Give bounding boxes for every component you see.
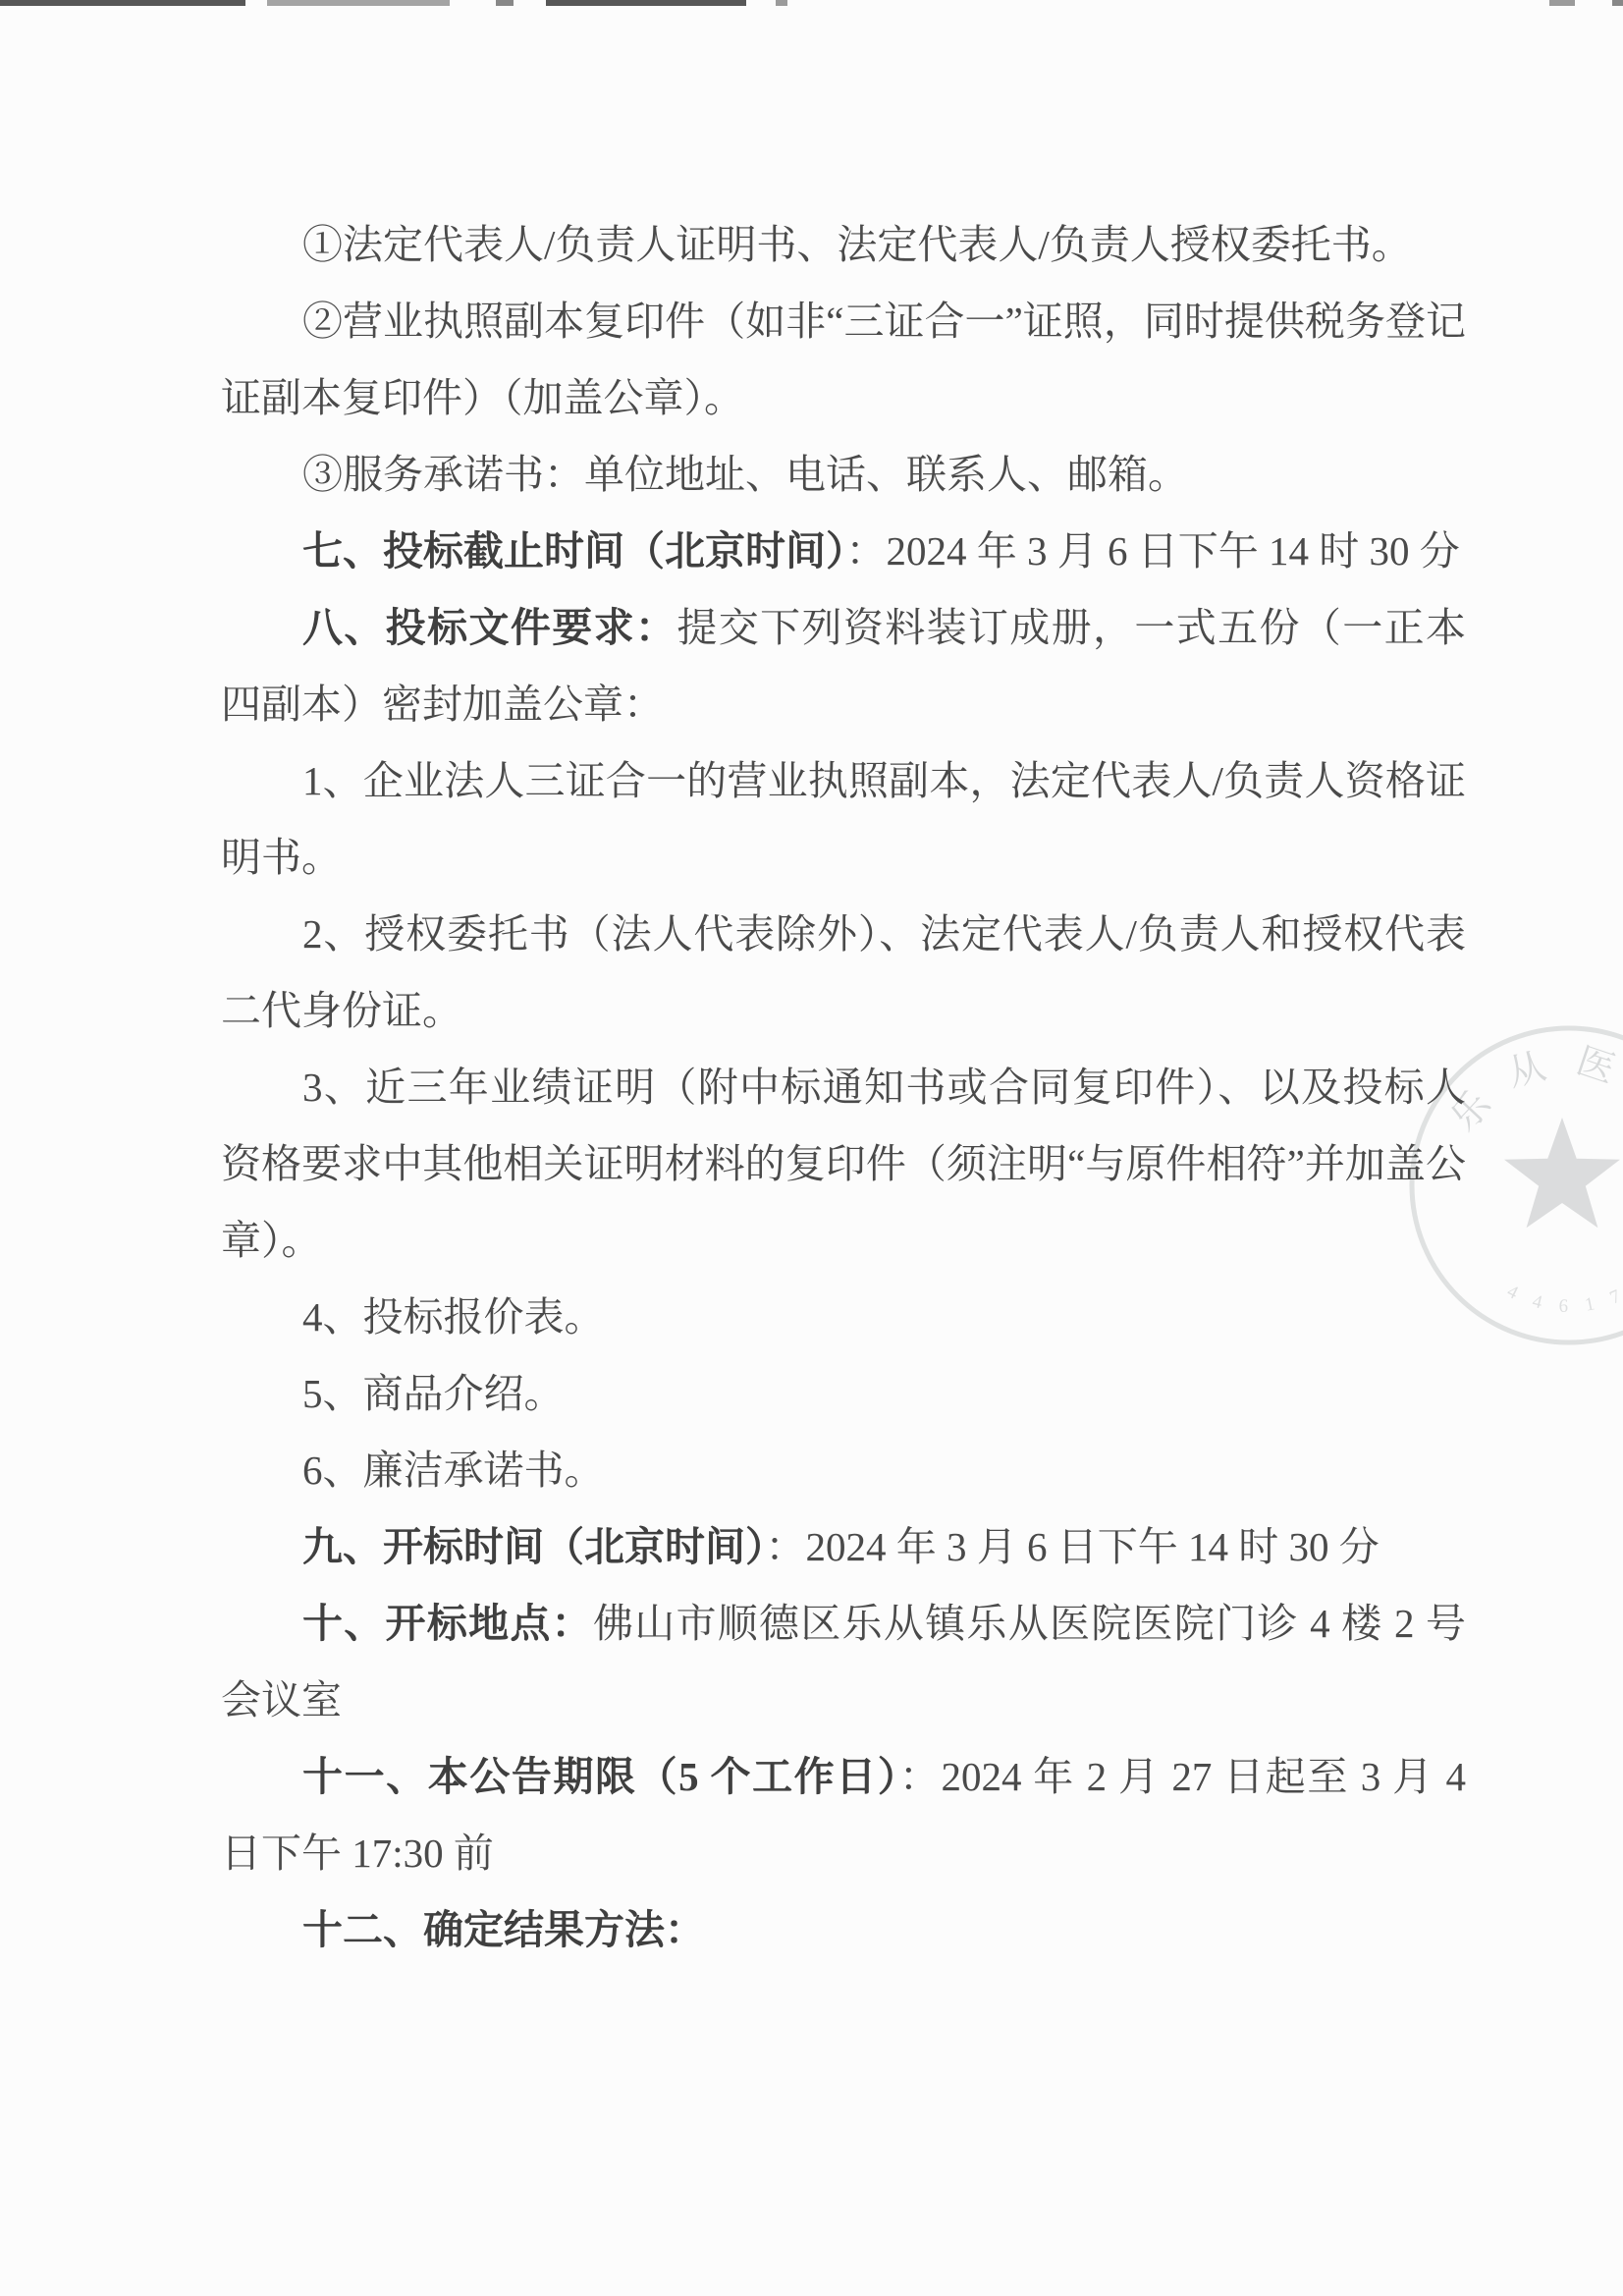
paragraph-text: 5、商品介绍。 xyxy=(302,1371,565,1416)
paragraph-text: ①法定代表人/负责人证明书、法定代表人/负责人授权委托书。 xyxy=(302,222,1412,267)
paragraph-text: 2、授权委托书（法人代表除外）、法定代表人/负责人和授权代表二代身份证。 xyxy=(221,911,1466,1033)
scan-artifact xyxy=(1612,0,1623,6)
paragraph: 九、开标时间（北京时间）：2024 年 3 月 6 日下午 14 时 30 分 xyxy=(221,1508,1466,1585)
seal-arc-text: 乐从医院 xyxy=(1443,1040,1623,1147)
scan-artifact xyxy=(1549,0,1575,6)
seal-code-digits: 4 4 6 1 7 xyxy=(1504,1282,1623,1317)
paragraph: ②营业执照副本复印件（如非“三证合一”证照，同时提供税务登记证副本复印件）（加盖… xyxy=(221,283,1466,436)
paragraph-text: ②营业执照副本复印件（如非“三证合一”证照，同时提供税务登记证副本复印件）（加盖… xyxy=(221,299,1466,420)
paragraph-heading: 十、开标地点： xyxy=(302,1601,593,1646)
paragraph: 2、授权委托书（法人代表除外）、法定代表人/负责人和授权代表二代身份证。 xyxy=(221,896,1466,1049)
svg-text:4 4 6 1 7: 4 4 6 1 7 xyxy=(1504,1282,1623,1317)
paragraph: 十一、本公告期限（5 个工作日）：2024 年 2 月 27 日起至 3 月 4… xyxy=(221,1738,1466,1891)
document-page: 乐从医院 4 4 6 1 7 ①法定代表人/负责人证明书、法定代表人/负责人授权… xyxy=(0,0,1623,2296)
paragraph: 八、投标文件要求：提交下列资料装订成册，一式五份（一正本四副本）密封加盖公章： xyxy=(221,589,1466,742)
paragraph-heading: 七、投标截止时间（北京时间） xyxy=(302,528,846,574)
paragraph-text: 6、廉洁承诺书。 xyxy=(302,1448,605,1493)
paragraph-text: ：2024 年 3 月 6 日下午 14 时 30 分 xyxy=(766,1524,1380,1569)
paragraph-text: ：2024 年 3 月 6 日下午 14 时 30 分 xyxy=(846,528,1460,574)
paragraph: 十、开标地点：佛山市顺德区乐从镇乐从医院医院门诊 4 楼 2 号会议室 xyxy=(221,1585,1466,1738)
paragraph-text: 1、企业法人三证合一的营业执照副本，法定代表人/负责人资格证明书。 xyxy=(221,758,1466,880)
paragraph-text: 3、近三年业绩证明（附中标通知书或合同复印件）、以及投标人资格要求中其他相关证明… xyxy=(221,1065,1466,1263)
paragraph: 4、投标报价表。 xyxy=(221,1279,1466,1355)
paragraph: 3、近三年业绩证明（附中标通知书或合同复印件）、以及投标人资格要求中其他相关证明… xyxy=(221,1049,1466,1279)
paragraph-heading: 九、开标时间（北京时间） xyxy=(302,1524,766,1569)
scan-artifact xyxy=(496,0,514,6)
paragraph: 6、廉洁承诺书。 xyxy=(221,1432,1466,1508)
scan-artifact xyxy=(267,0,450,6)
paragraph: 七、投标截止时间（北京时间）：2024 年 3 月 6 日下午 14 时 30 … xyxy=(221,513,1466,589)
scan-artifact xyxy=(0,0,245,6)
document-body: ①法定代表人/负责人证明书、法定代表人/负责人授权委托书。 ②营业执照副本复印件… xyxy=(221,206,1466,1968)
scan-artifact xyxy=(776,0,787,6)
paragraph-heading: 十一、本公告期限（5 个工作日） xyxy=(302,1754,899,1799)
scan-artifact xyxy=(546,0,746,6)
paragraph: ③服务承诺书：单位地址、电话、联系人、邮箱。 xyxy=(221,436,1466,513)
paragraph-heading: 十二、确定结果方法： xyxy=(302,1907,705,1952)
svg-text:乐从医院: 乐从医院 xyxy=(1443,1040,1623,1147)
paragraph: 十二、确定结果方法： xyxy=(221,1891,1466,1968)
paragraph-heading: 八、投标文件要求： xyxy=(302,605,676,650)
paragraph: ①法定代表人/负责人证明书、法定代表人/负责人授权委托书。 xyxy=(221,206,1466,283)
seal-star-icon xyxy=(1504,1118,1620,1228)
paragraph-text: 4、投标报价表。 xyxy=(302,1294,605,1339)
paragraph: 5、商品介绍。 xyxy=(221,1355,1466,1432)
paragraph: 1、企业法人三证合一的营业执照副本，法定代表人/负责人资格证明书。 xyxy=(221,742,1466,896)
paragraph-text: ③服务承诺书：单位地址、电话、联系人、邮箱。 xyxy=(302,452,1188,497)
